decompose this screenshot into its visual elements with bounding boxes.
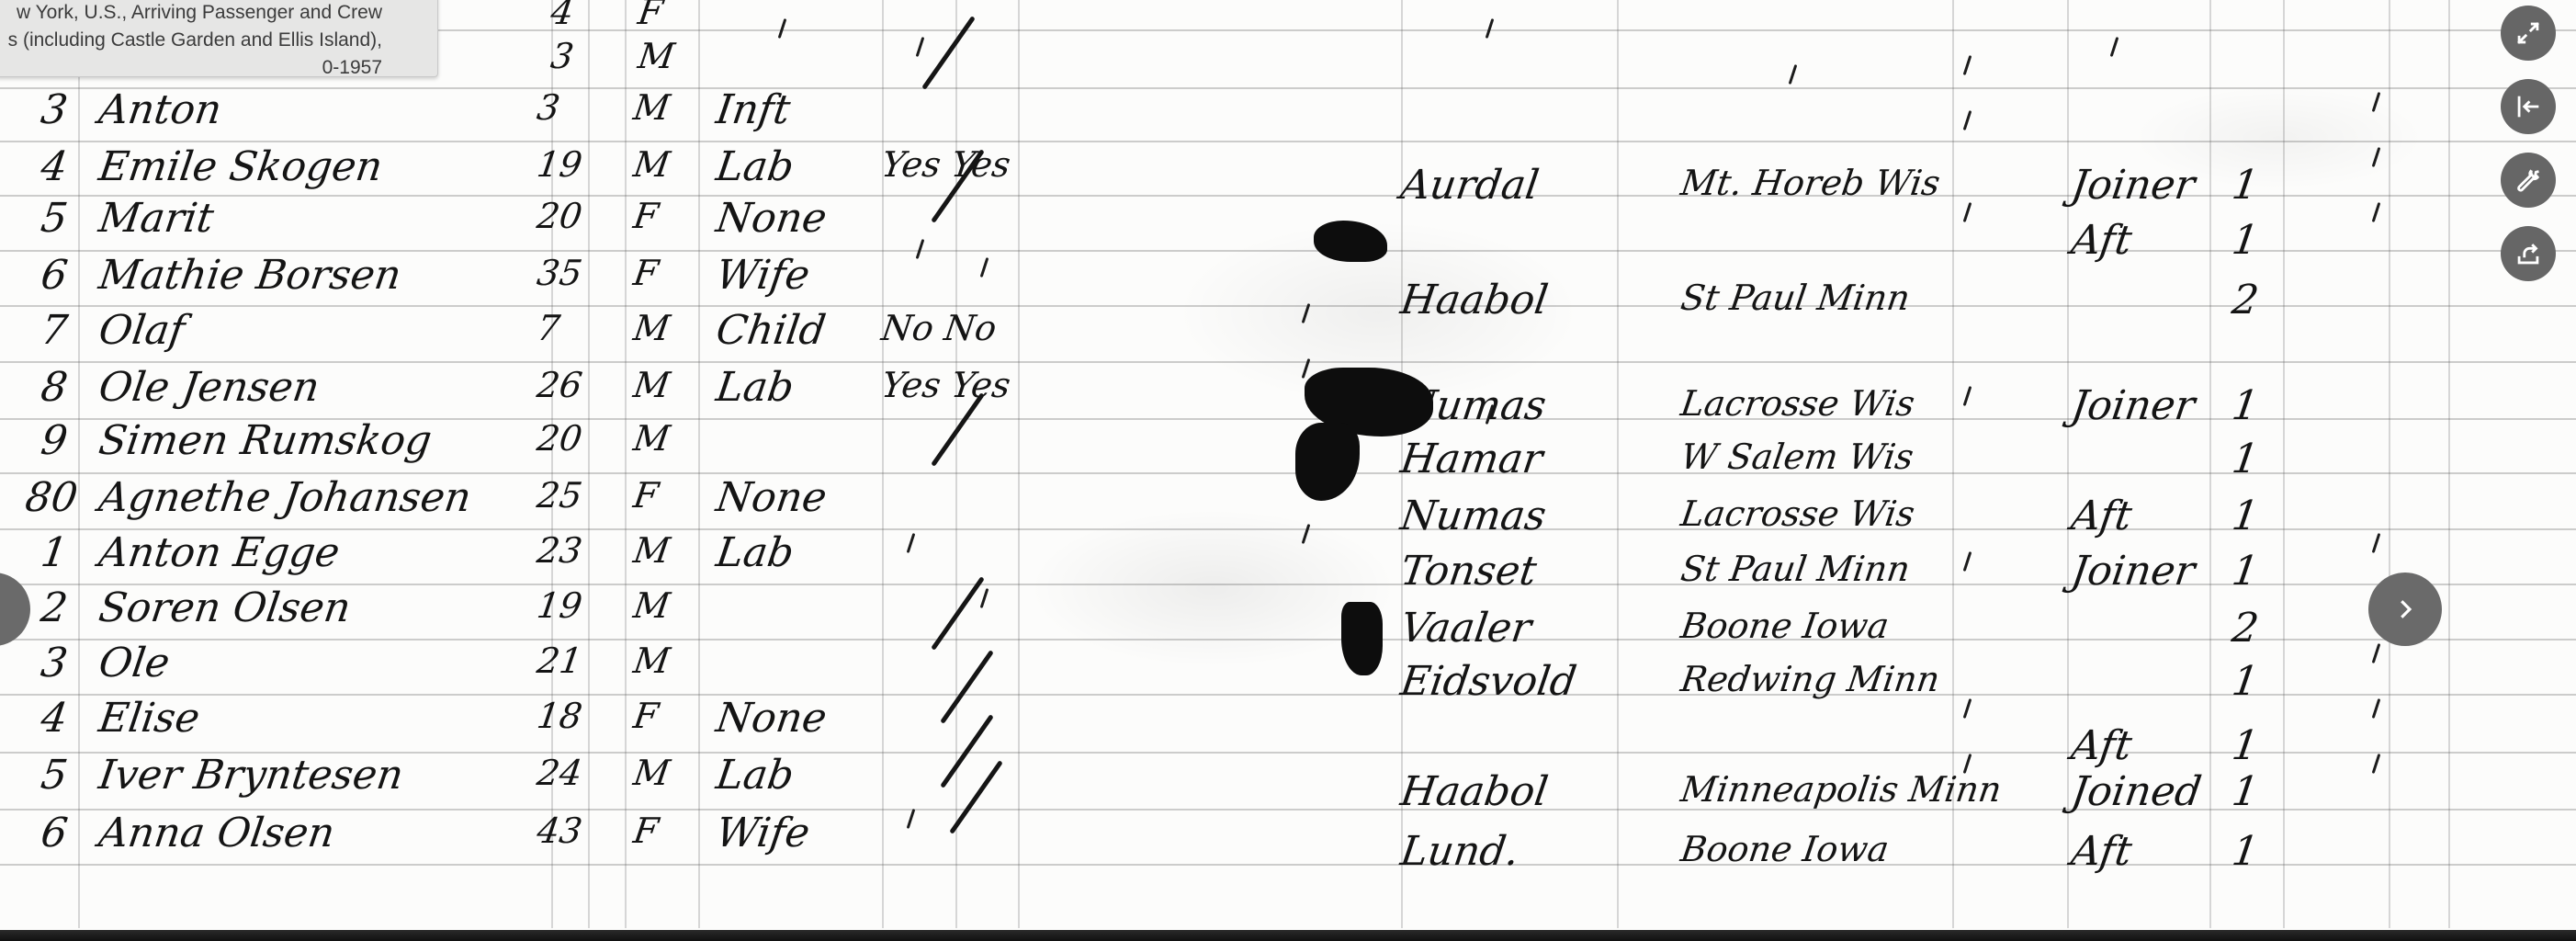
read-write-cell: No No: [879, 311, 999, 346]
expand-arrows-icon: [2513, 17, 2544, 49]
occupation-cell: Wife: [714, 255, 812, 296]
share-icon: [2513, 238, 2544, 269]
destination-cell: Mt. Horeb Wis: [1678, 165, 1942, 200]
collection-title-tooltip: w York, U.S., Arriving Passenger and Cre…: [0, 0, 438, 77]
collapse-panel-button[interactable]: [2501, 79, 2556, 134]
count-cell: 1: [2230, 726, 2261, 766]
origin-place: Aurdal: [1398, 165, 1542, 206]
passenger-name: Ole: [96, 643, 172, 684]
count-cell: 1: [2230, 832, 2261, 872]
passenger-name: Olaf: [96, 311, 187, 351]
age-cell: 4: [548, 0, 576, 29]
sex-cell: M: [631, 588, 672, 623]
destination-cell: Boone Iowa: [1678, 608, 1891, 643]
passenger-name: Marit: [96, 198, 216, 239]
image-viewer: 4F3M3Anton3MInft4Emile Skogen19MLabYes Y…: [0, 0, 2576, 941]
destination-cell: Lacrosse Wis: [1678, 496, 1916, 531]
line-number: 6: [39, 255, 70, 296]
ditto-mark: [1302, 524, 1311, 544]
share-button[interactable]: [2501, 226, 2556, 281]
passenger-name: Anton Egge: [96, 533, 342, 573]
status-cell: Joined: [2069, 772, 2204, 812]
count-cell: 1: [2230, 772, 2261, 812]
age-cell: 24: [535, 755, 584, 790]
sex-cell: M: [631, 311, 672, 346]
count-cell: 1: [2230, 496, 2261, 537]
sex-cell: F: [636, 0, 665, 29]
occupation-cell: Child: [714, 311, 829, 351]
ruling-line: [0, 87, 2576, 89]
passenger-name: Elise: [96, 698, 202, 739]
age-cell: 19: [535, 147, 584, 182]
manifest-scan[interactable]: 4F3M3Anton3MInft4Emile Skogen19MLabYes Y…: [0, 0, 2576, 941]
column-line: [588, 0, 590, 928]
sex-cell: M: [631, 90, 672, 125]
origin-place: Haabol: [1398, 280, 1551, 321]
line-number: 3: [39, 90, 70, 130]
column-line: [698, 0, 700, 928]
destination-cell: Minneapolis Minn: [1678, 772, 2004, 807]
occupation-cell: Lab: [714, 755, 797, 796]
passenger-name: Anna Olsen: [96, 813, 337, 854]
line-number: 2: [39, 588, 70, 629]
ditto-mark: [2372, 698, 2381, 719]
passenger-name: Iver Bryntesen: [96, 755, 406, 796]
occupation-cell: Inft: [714, 90, 793, 130]
ditto-mark: [2372, 643, 2381, 663]
wrench-icon: [2513, 164, 2544, 196]
origin-place: Hamar: [1398, 439, 1545, 480]
column-line: [625, 0, 627, 928]
ditto-mark: [2372, 92, 2381, 112]
column-line: [2067, 0, 2069, 928]
ditto-mark: [1486, 18, 1495, 39]
line-number: 4: [39, 147, 70, 187]
ditto-mark: [2110, 37, 2119, 57]
sex-cell: M: [631, 421, 672, 456]
age-cell: 3: [548, 39, 576, 74]
passenger-name: Mathie Borsen: [96, 255, 403, 296]
ruling-line: [0, 864, 2576, 866]
column-line: [1018, 0, 1020, 928]
sex-cell: F: [631, 478, 661, 513]
ditto-mark: [1963, 386, 1972, 406]
ditto-mark: [916, 239, 925, 259]
ink-blot: [1341, 602, 1383, 675]
count-cell: 1: [2230, 386, 2261, 426]
column-line: [2209, 0, 2211, 928]
ditto-mark: [916, 37, 925, 57]
age-cell: 20: [535, 421, 584, 456]
origin-place: Vaaler: [1398, 608, 1534, 649]
age-cell: 43: [535, 813, 584, 848]
ditto-mark: [907, 533, 916, 553]
age-cell: 19: [535, 588, 584, 623]
tooltip-line: w York, U.S., Arriving Passenger and Cre…: [0, 0, 382, 27]
ruling-line: [0, 639, 2576, 641]
line-number: 9: [39, 421, 70, 461]
ditto-mark: [1963, 698, 1972, 719]
column-line: [2448, 0, 2450, 928]
age-cell: 7: [535, 311, 562, 346]
line-number: 1: [39, 533, 70, 573]
fullscreen-button[interactable]: [2501, 6, 2556, 61]
line-number: 8: [39, 368, 70, 408]
count-cell: 1: [2230, 551, 2261, 592]
occupation-cell: None: [714, 698, 830, 739]
sex-cell: M: [631, 755, 672, 790]
ruling-line: [0, 361, 2576, 363]
column-line: [2389, 0, 2390, 928]
status-cell: Joiner: [2069, 165, 2198, 206]
ditto-mark: [2372, 533, 2381, 553]
line-number: 7: [39, 311, 70, 351]
line-number: 3: [39, 643, 70, 684]
count-cell: 2: [2230, 608, 2261, 649]
occupation-cell: Lab: [714, 147, 797, 187]
column-line: [1617, 0, 1619, 928]
destination-cell: Redwing Minn: [1678, 662, 1941, 697]
ditto-mark: [1789, 64, 1798, 85]
check-slash: [921, 16, 976, 90]
status-cell: Aft: [2069, 832, 2134, 872]
arrow-left-to-bar-icon: [2513, 91, 2544, 122]
ditto-mark: [778, 18, 787, 39]
passenger-name: Ole Jensen: [96, 368, 322, 408]
status-cell: Aft: [2069, 496, 2134, 537]
ditto-mark: [980, 257, 989, 278]
ditto-mark: [2372, 754, 2381, 774]
ink-blot: [1295, 423, 1360, 501]
sex-cell: F: [631, 255, 661, 290]
ditto-mark: [980, 588, 989, 608]
destination-cell: St Paul Minn: [1678, 551, 1912, 586]
column-line: [955, 0, 957, 928]
origin-place: Tonset: [1398, 551, 1539, 592]
ink-blot: [1314, 221, 1387, 262]
passenger-name: Agnethe Johansen: [96, 478, 474, 518]
sex-cell: F: [631, 198, 661, 233]
read-write-cell: Yes Yes: [879, 147, 1012, 182]
origin-place: Numas: [1398, 496, 1549, 537]
status-cell: Joiner: [2069, 386, 2198, 426]
age-cell: 3: [535, 90, 562, 125]
count-cell: 2: [2230, 280, 2261, 321]
sex-cell: F: [631, 813, 661, 848]
tools-button[interactable]: [2501, 153, 2556, 208]
age-cell: 20: [535, 198, 584, 233]
tooltip-line: s (including Castle Garden and Ellis Isl…: [0, 27, 382, 54]
ditto-mark: [1963, 202, 1972, 222]
next-image-button[interactable]: [2368, 573, 2442, 646]
passenger-name: Simen Rumskog: [96, 421, 435, 461]
count-cell: 1: [2230, 165, 2261, 206]
status-cell: Aft: [2069, 221, 2134, 261]
passenger-name: Soren Olsen: [96, 588, 353, 629]
sex-cell: M: [636, 39, 676, 74]
sex-cell: M: [631, 147, 672, 182]
chevron-right-icon: [2391, 595, 2419, 623]
check-slash: [940, 650, 994, 724]
ditto-mark: [907, 809, 916, 829]
destination-cell: Lacrosse Wis: [1678, 386, 1916, 421]
line-number: 80: [23, 478, 80, 518]
occupation-cell: Wife: [714, 813, 812, 854]
destination-cell: St Paul Minn: [1678, 280, 1912, 315]
origin-place: Haabol: [1398, 772, 1551, 812]
ditto-mark: [2372, 147, 2381, 167]
count-cell: 1: [2230, 662, 2261, 702]
column-line: [2283, 0, 2285, 928]
tooltip-line: 0-1957: [0, 54, 382, 77]
occupation-cell: Lab: [714, 533, 797, 573]
ruling-line: [0, 528, 2576, 530]
passenger-name: Anton: [96, 90, 224, 130]
status-cell: Joiner: [2069, 551, 2198, 592]
line-number: 6: [39, 813, 70, 854]
age-cell: 35: [535, 255, 584, 290]
sex-cell: M: [631, 368, 672, 402]
ditto-mark: [1963, 110, 1972, 130]
origin-place: Lund.: [1398, 832, 1521, 872]
page-edge: [0, 930, 2576, 941]
ruling-line: [0, 694, 2576, 696]
age-cell: 25: [535, 478, 584, 513]
occupation-cell: None: [714, 198, 830, 239]
passenger-name: Emile Skogen: [96, 147, 385, 187]
sex-cell: M: [631, 533, 672, 568]
age-cell: 23: [535, 533, 584, 568]
ruling-line: [0, 305, 2576, 307]
sex-cell: M: [631, 643, 672, 678]
sex-cell: F: [631, 698, 661, 733]
destination-cell: Boone Iowa: [1678, 832, 1891, 867]
ditto-mark: [1963, 55, 1972, 75]
age-cell: 26: [535, 368, 584, 402]
chevron-left-icon: [0, 595, 7, 623]
age-cell: 21: [535, 643, 584, 678]
ruling-line: [0, 141, 2576, 142]
column-line: [882, 0, 884, 928]
age-cell: 18: [535, 698, 584, 733]
occupation-cell: None: [714, 478, 830, 518]
destination-cell: W Salem Wis: [1678, 439, 1915, 474]
read-write-cell: Yes Yes: [879, 368, 1012, 402]
column-line: [78, 0, 80, 928]
line-number: 5: [39, 755, 70, 796]
occupation-cell: Lab: [714, 368, 797, 408]
origin-place: Eidsvold: [1398, 662, 1579, 702]
count-cell: 1: [2230, 221, 2261, 261]
line-number: 4: [39, 698, 70, 739]
line-number: 5: [39, 198, 70, 239]
ditto-mark: [1963, 551, 1972, 572]
ditto-mark: [2372, 202, 2381, 222]
status-cell: Aft: [2069, 726, 2134, 766]
